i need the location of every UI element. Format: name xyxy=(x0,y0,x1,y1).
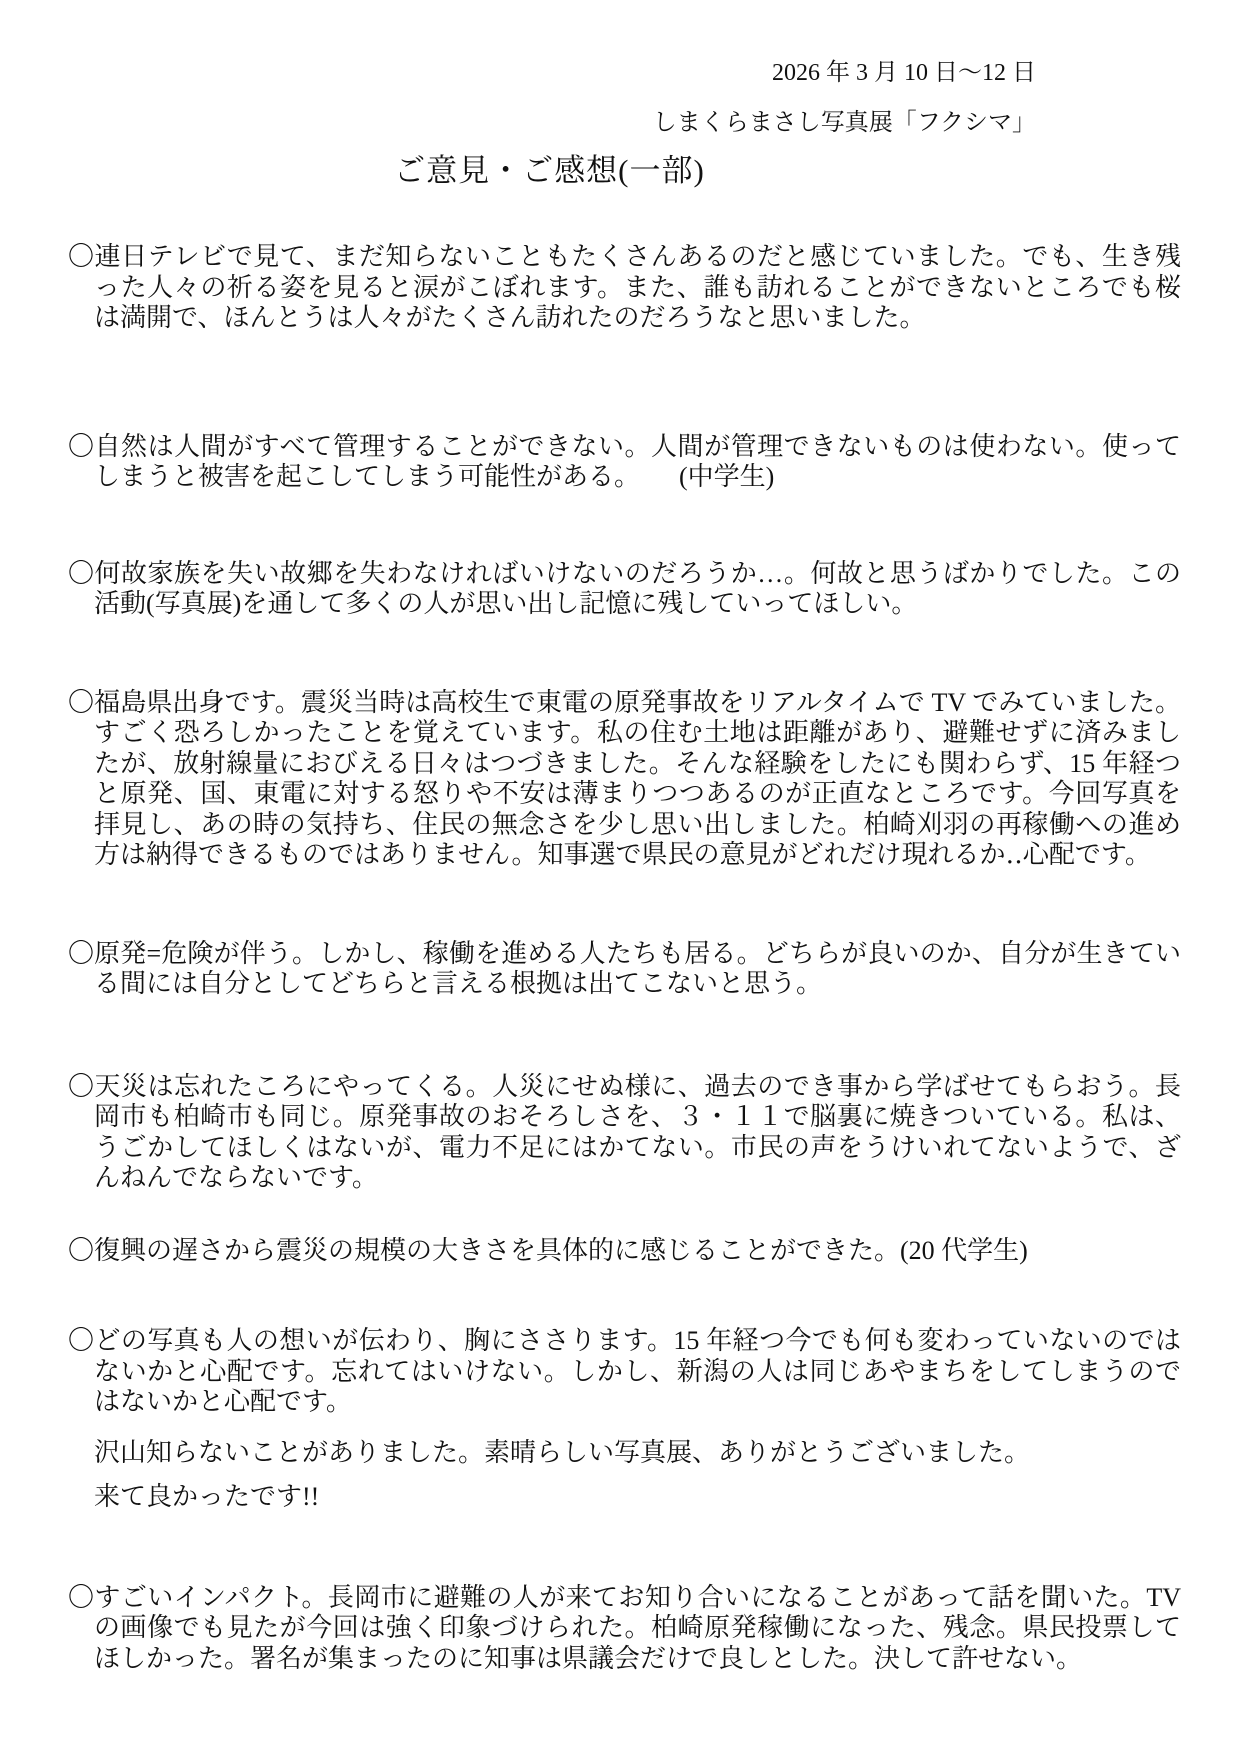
comment-text: 何故家族を失い故郷を失わなければいけないのだろうか…。何故と思うばかりでした。こ… xyxy=(94,559,1181,619)
comment-text: すごいインパクト。長岡市に避難の人が来てお知り合いになることがあって話を聞いた。… xyxy=(94,1583,1181,1673)
comment-marker: 〇 xyxy=(68,432,95,461)
comment-marker: 〇 xyxy=(68,1236,94,1265)
comment-3: 〇何故家族を失い故郷を失わなければいけないのだろうか…。何故と思うばかりでした。… xyxy=(68,559,1181,620)
comment-4: 〇福島県出身です。震災当時は高校生で東電の原発事故をリアルタイムで TV でみて… xyxy=(68,688,1181,871)
comment-marker: 〇 xyxy=(68,688,94,717)
comment-5: 〇原発=危険が伴う。しかし、稼働を進める人たちも居る。どちらが良いのか、自分が生… xyxy=(68,939,1181,1000)
comment-text: どの写真も人の想いが伝わり、胸にささります。15 年経つ今でも何も変わっていない… xyxy=(94,1326,1181,1416)
comment-marker: 〇 xyxy=(68,242,95,271)
comment-6: 〇天災は忘れたころにやってくる。人災にせぬ様に、過去のでき事から学ばせてもらおう… xyxy=(68,1072,1181,1194)
comment-marker: 〇 xyxy=(68,1583,94,1612)
comment-2: 〇自然は人間がすべて管理することができない。人間が管理できないものは使わない。使… xyxy=(68,432,1181,493)
comment-marker: 〇 xyxy=(68,1326,94,1355)
page-title: ご意見・ご感想(一部) xyxy=(68,150,1181,192)
comment-text: 天災は忘れたころにやってくる。人災にせぬ様に、過去のでき事から学ばせてもらおう。… xyxy=(94,1072,1181,1193)
comment-text: 復興の遅さから震災の規模の大きさを具体的に感じることができた。(20 代学生) xyxy=(94,1236,1028,1265)
comment-1: 〇連日テレビで見て、まだ知らないこともたくさんあるのだと感じていました。でも、生… xyxy=(68,242,1181,334)
comment-8-extra-line-1: 沢山知らないことがありました。素晴らしい写真展、ありがとうございました。 xyxy=(68,1438,1181,1469)
comments-list: 〇連日テレビで見て、まだ知らないこともたくさんあるのだと感じていました。でも、生… xyxy=(68,242,1181,1674)
comment-marker: 〇 xyxy=(68,939,94,968)
comment-7: 〇復興の遅さから震災の規模の大きさを具体的に感じることができた。(20 代学生) xyxy=(68,1236,1181,1267)
comment-8: 〇どの写真も人の想いが伝わり、胸にささります。15 年経つ今でも何も変わっていな… xyxy=(68,1326,1181,1418)
comment-text: 自然は人間がすべて管理することができない。人間が管理できないものは使わない。使っ… xyxy=(94,432,1181,492)
document-page: 2026 年 3 月 10 日〜12 日 しまくらまさし写真展「フクシマ」 ご意… xyxy=(0,0,1241,1755)
comment-9: 〇すごいインパクト。長岡市に避難の人が来てお知り合いになることがあって話を聞いた… xyxy=(68,1583,1181,1675)
document-date: 2026 年 3 月 10 日〜12 日 xyxy=(68,58,1181,88)
comment-text: 福島県出身です。震災当時は高校生で東電の原発事故をリアルタイムで TV でみてい… xyxy=(94,688,1181,870)
comment-text: 連日テレビで見て、まだ知らないこともたくさんあるのだと感じていました。でも、生き… xyxy=(94,242,1181,332)
comment-8-extra-line-2: 来て良かったです!! xyxy=(68,1482,1181,1513)
comment-text: 原発=危険が伴う。しかし、稼働を進める人たちも居る。どちらが良いのか、自分が生き… xyxy=(94,939,1181,999)
comment-marker: 〇 xyxy=(68,559,95,588)
comment-marker: 〇 xyxy=(68,1072,95,1101)
exhibition-title: しまくらまさし写真展「フクシマ」 xyxy=(68,108,1181,138)
